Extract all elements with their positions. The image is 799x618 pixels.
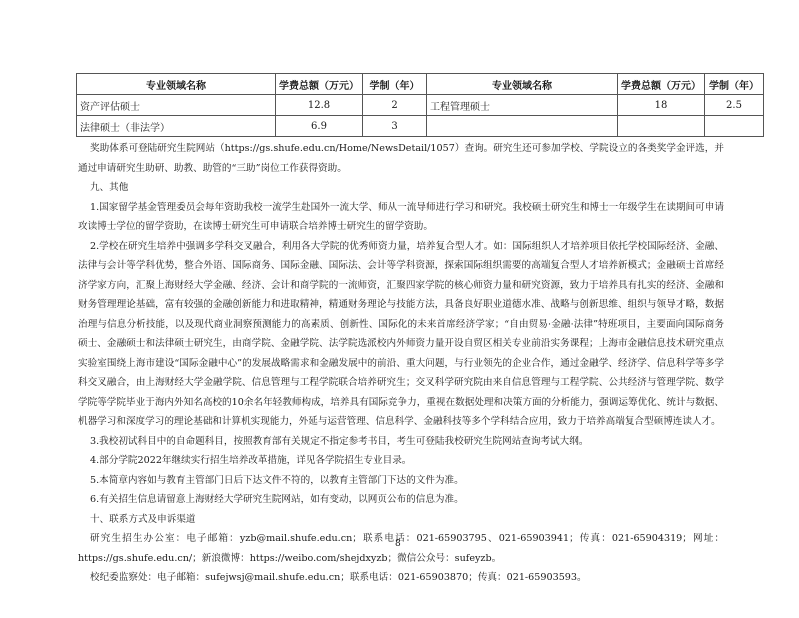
tuition-cell	[618, 116, 705, 137]
scholarship-paragraph: 奖助体系可登陆研究生院网站（https://gs.shufe.edu.cn/Ho…	[78, 139, 724, 178]
item-2-paragraph: 2.学校在研究生培养中强调多学科交叉融合，利用各大学院的优秀师资力量，培养复合型…	[78, 237, 724, 432]
table-header-row: 专业领域名称 学费总额（万元） 学制（年） 专业领域名称 学费总额（万元） 学制…	[77, 74, 764, 95]
tuition-cell: 6.9	[276, 116, 363, 137]
duration-cell	[705, 116, 764, 137]
program-name-cell	[427, 116, 618, 137]
header-program-name: 专业领域名称	[427, 74, 618, 95]
section-heading-other: 九、其他	[78, 178, 724, 198]
table-row: 资产评估硕士 12.8 2 工程管理硕士 18 2.5	[77, 95, 764, 116]
tuition-cell: 18	[618, 95, 705, 116]
item-5-paragraph: 5.本简章内容如与教育主管部门日后下达文件不符的，以教育主管部门下达的文件为准。	[78, 471, 724, 491]
table-row: 法律硕士（非法学） 6.9 3	[77, 116, 764, 137]
discipline-office-contact: 校纪委监察处：电子邮箱：sufejwsj@mail.shufe.edu.cn；联…	[78, 568, 724, 588]
item-4-paragraph: 4.部分学院2022年继续实行招生培养改革措施，详见各学院招生专业目录。	[78, 451, 724, 471]
document-page: 专业领域名称 学费总额（万元） 学制（年） 专业领域名称 学费总额（万元） 学制…	[0, 0, 799, 618]
header-tuition: 学费总额（万元）	[618, 74, 705, 95]
header-tuition: 学费总额（万元）	[276, 74, 363, 95]
header-duration: 学制（年）	[363, 74, 427, 95]
tuition-cell: 12.8	[276, 95, 363, 116]
admissions-office-contact: 研究生招生办公室：电子邮箱：yzb@mail.shufe.edu.cn；联系电话…	[78, 529, 724, 568]
program-name-cell: 法律硕士（非法学）	[77, 116, 276, 137]
body-text: 奖助体系可登陆研究生院网站（https://gs.shufe.edu.cn/Ho…	[78, 139, 724, 588]
program-name-cell: 资产评估硕士	[77, 95, 276, 116]
duration-cell: 3	[363, 116, 427, 137]
header-program-name: 专业领域名称	[77, 74, 276, 95]
duration-cell: 2.5	[705, 95, 764, 116]
section-heading-contact: 十、联系方式及申诉渠道	[78, 510, 724, 530]
duration-cell: 2	[363, 95, 427, 116]
page-number: 8	[395, 539, 401, 549]
item-1-paragraph: 1.国家留学基金管理委员会每年资助我校一流学生赴国外一流大学、师从一流导师进行学…	[78, 198, 724, 237]
tuition-table: 专业领域名称 学费总额（万元） 学制（年） 专业领域名称 学费总额（万元） 学制…	[76, 73, 764, 137]
program-name-cell: 工程管理硕士	[427, 95, 618, 116]
header-duration: 学制（年）	[705, 74, 764, 95]
item-3-paragraph: 3.我校初试科目中的自命题科目，按照教育部有关规定不指定参考书目，考生可登陆我校…	[78, 432, 724, 452]
item-6-paragraph: 6.有关招生信息请留意上海财经大学研究生院网站，如有变动，以网页公布的信息为准。	[78, 490, 724, 510]
